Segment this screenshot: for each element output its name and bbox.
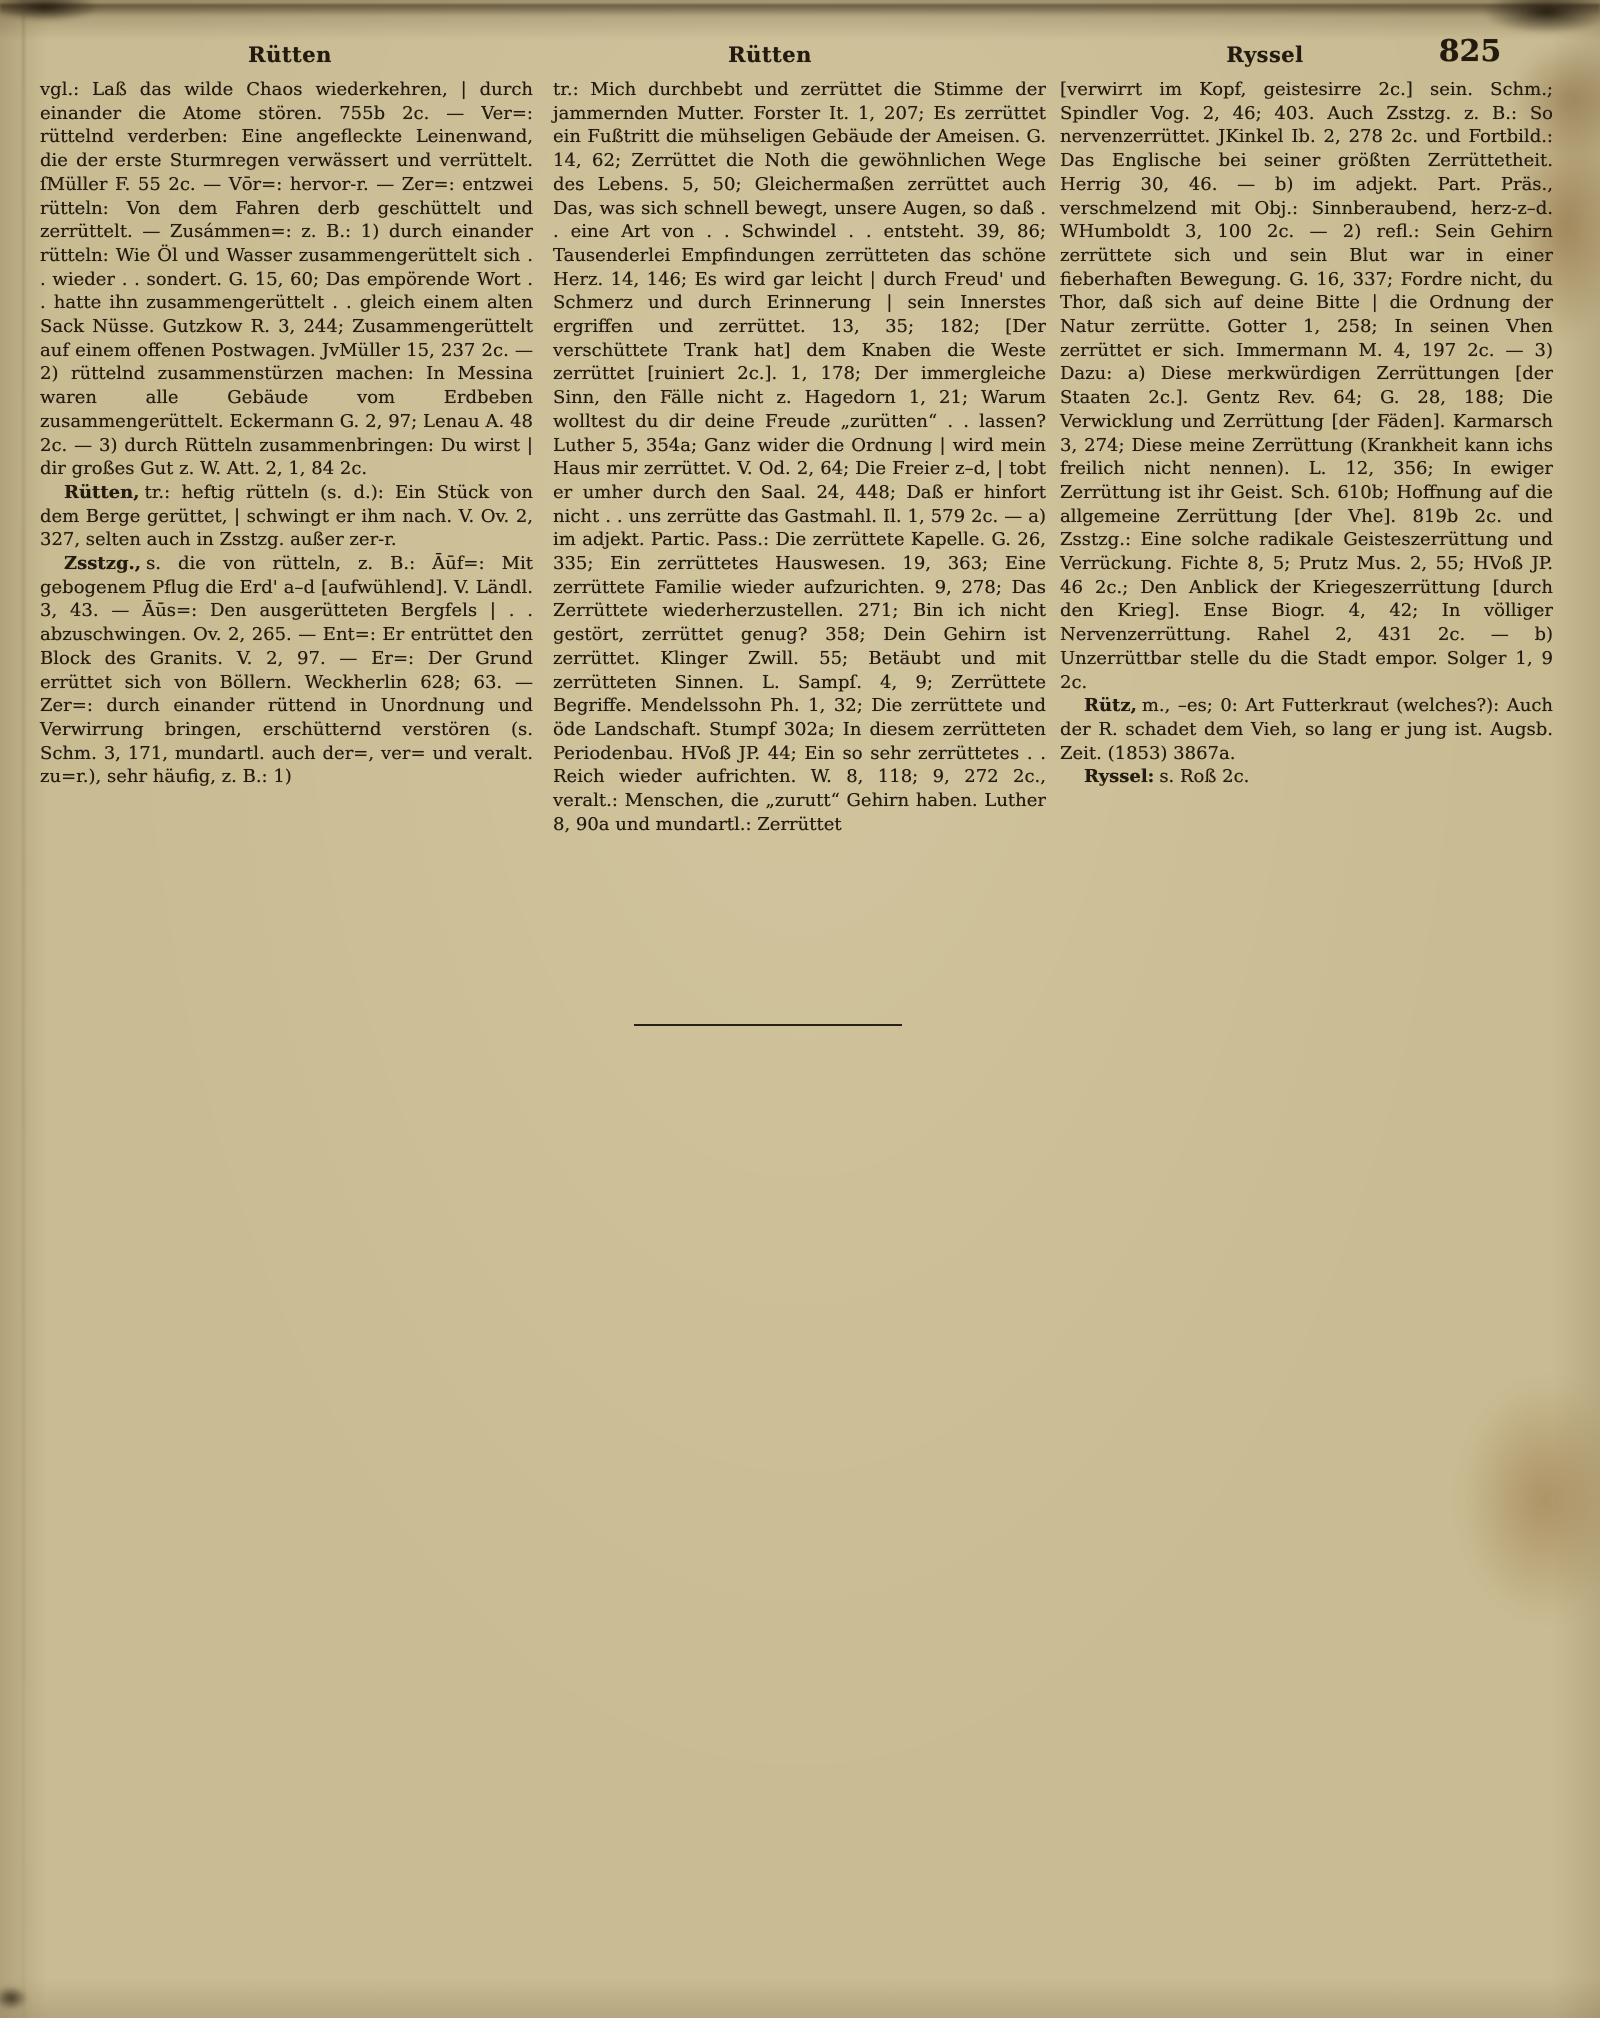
entry-zsstzg-text: s. die von rütteln, z. B.: Āūf=: Mit geb…: [40, 553, 533, 787]
paper-crease-left: [22, 0, 25, 2018]
entry-ryssel: Ryssel:s. Roß 2c.: [1060, 765, 1553, 789]
running-head-column-3: Ryssel: [1226, 42, 1303, 67]
running-head-column-2: Rütten: [728, 42, 812, 67]
headword-ruetz: Rütz,: [1084, 695, 1142, 716]
text-column-2: tr.: Mich durchbebt und zerrüttet die St…: [553, 78, 1046, 837]
page-number: 825: [1439, 34, 1502, 69]
running-head-column-1: Rütten: [248, 42, 332, 67]
text-column-1: vgl.: Laß das wilde Chaos wiederkehren, …: [40, 78, 533, 789]
headword-ryssel: Ryssel:: [1084, 766, 1159, 787]
headword-zsstzg: Zsstzg.,: [64, 553, 146, 574]
continuation-paragraph-ruetteln: vgl.: Laß das wilde Chaos wiederkehren, …: [40, 78, 533, 481]
scan-corner-top-left: [0, 0, 100, 22]
entry-ruetten: Rütten,tr.: heftig rütteln (s. d.): Ein …: [40, 481, 533, 552]
continuation-paragraph-zerruetten: tr.: Mich durchbebt und zerrüttet die St…: [553, 78, 1046, 837]
entry-ryssel-text: s. Roß 2c.: [1159, 766, 1249, 787]
scan-edge-shadow-top: [0, 4, 1600, 16]
section-divider-rule: [634, 1024, 902, 1026]
continuation-paragraph-zerruettung: [verwirrt im Kopf, geistesirre 2c.] sein…: [1060, 78, 1553, 694]
headword-ruetten: Rütten,: [64, 482, 144, 503]
entry-zsstzg: Zsstzg.,s. die von rütteln, z. B.: Āūf=:…: [40, 552, 533, 789]
entry-ruetz: Rütz,m., –es; 0: Art Futterkraut (welche…: [1060, 694, 1553, 765]
scan-corner-top-right: [1482, 0, 1600, 34]
text-column-3: [verwirrt im Kopf, geistesirre 2c.] sein…: [1060, 78, 1553, 789]
dictionary-scan-page: Rütten Rütten Ryssel 825 vgl.: Laß das w…: [0, 0, 1600, 2018]
stain-right-bottom: [1460, 1380, 1600, 1620]
stain-bottom-left: [0, 1986, 28, 2010]
